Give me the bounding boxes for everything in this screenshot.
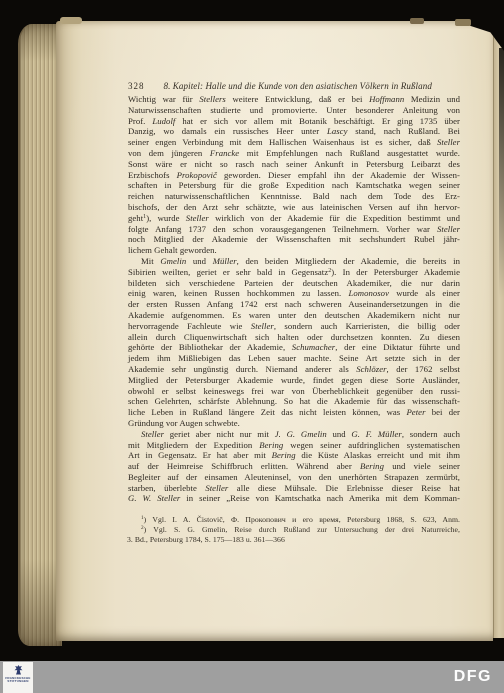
footnotes-block: 1) Vgl. I. A. Čistovič, Ф. Прокопович и … bbox=[127, 515, 460, 545]
running-head: 3288. Kapitel: Halle und die Kunde von d… bbox=[128, 81, 468, 91]
viewer-footer-bar: FRANCKESCHE STIFTUNGEN DFG bbox=[0, 661, 504, 693]
text-line: auf der Heimreise Schiffbruch erlitten. … bbox=[128, 461, 460, 472]
text-line: 3. Bd., Petersburg 1784, S. 175—183 u. 3… bbox=[127, 535, 460, 545]
dfg-logo: DFG bbox=[454, 661, 492, 693]
text-line: G. W. Steller in seiner „Reise von Kamts… bbox=[128, 493, 460, 504]
text-line: noch Mitglied der Akademie der Wissensch… bbox=[128, 234, 460, 245]
text-line: Prof. Ludolf hat er sich vor allem mit B… bbox=[128, 116, 460, 127]
paragraph: Mit Gmelin und Müller, den beiden Mitgli… bbox=[128, 256, 460, 429]
text-line: Mitglied der Petersburger Akademie wurde… bbox=[128, 375, 460, 386]
paragraph: Steller geriet aber nicht nur mit J. G. … bbox=[128, 429, 460, 505]
text-line: Akademie sehr ungünstig durch. Niemand a… bbox=[128, 364, 460, 375]
text-line: reichen naturwissenschaftlichen Kenntnis… bbox=[128, 191, 460, 202]
text-line: Begleiter auf der einsamen Aleuteninsel,… bbox=[128, 472, 460, 483]
text-line: der ersten Russen Anfang 1742 erst nach … bbox=[128, 299, 460, 310]
text-line: jedem ihm Mißliebigen das Leben sauer ma… bbox=[128, 353, 460, 364]
text-line: schen Gelehrten, schärfste Ablehnung. So… bbox=[128, 396, 460, 407]
text-line: mit Mitgliedern der Expedition Bering we… bbox=[128, 440, 460, 451]
francke-stiftungen-logo: FRANCKESCHE STIFTUNGEN bbox=[3, 662, 33, 693]
book-page: 3288. Kapitel: Halle und die Kunde von d… bbox=[56, 21, 493, 641]
text-line: 1) Vgl. I. A. Čistovič, Ф. Прокопович и … bbox=[127, 515, 460, 525]
text-line: geht1), wurde Steller wirklich von der A… bbox=[128, 213, 460, 224]
text-line: allein durch Cliquenwirtschaft sich halt… bbox=[128, 332, 460, 343]
scanned-book-page-viewer: 3288. Kapitel: Halle und die Kunde von d… bbox=[0, 0, 504, 693]
text-line: starben, überlebte Steller alle diese Mü… bbox=[128, 483, 460, 494]
binding-shadow bbox=[499, 48, 504, 298]
paragraph: Wichtig war für Stellers weitere Entwick… bbox=[128, 94, 460, 256]
text-line: Wichtig war für Stellers weitere Entwick… bbox=[128, 94, 460, 105]
text-line: schaften in Petersburg für die große Exp… bbox=[128, 180, 460, 191]
text-line: Danzig, wo damals ein russisches Heer un… bbox=[128, 126, 460, 137]
text-line: liche Leben in Rußland längere Zeit das … bbox=[128, 407, 460, 418]
eagle-icon bbox=[14, 665, 23, 675]
text-line: Erzbischofs Prokopovič geworden. Dieser … bbox=[128, 170, 460, 181]
chapter-title: 8. Kapitel: Halle und die Kunde von den … bbox=[164, 81, 432, 91]
francke-logo-text: FRANCKESCHE STIFTUNGEN bbox=[5, 677, 30, 684]
text-line: folgte Anfang 1737 den schon vorausgegan… bbox=[128, 224, 460, 235]
text-line: einig waren, keinen Russen hochkommen zu… bbox=[128, 288, 460, 299]
text-line: Naturwissenschaften studierte und promov… bbox=[128, 105, 460, 116]
text-line: gehörte der Bibliothekar der Akademie, S… bbox=[128, 342, 460, 353]
text-line: 2) Vgl. S. G. Gmelin, Reise durch Rußlan… bbox=[127, 525, 460, 535]
page-edge-wear bbox=[410, 18, 424, 24]
text-line: Art in Gegensatz. Er hat aber mit Bering… bbox=[128, 450, 460, 461]
text-line: Akademie aufgenommen. Es waren unter den… bbox=[128, 310, 460, 321]
text-line: Steller geriet aber nicht nur mit J. G. … bbox=[128, 429, 460, 440]
text-line: Mit Gmelin und Müller, den beiden Mitgli… bbox=[128, 256, 460, 267]
text-line: lichem Gehalt geworden. bbox=[128, 245, 460, 256]
text-line: von dem jüngeren Francke mit Empfehlunge… bbox=[128, 148, 460, 159]
page-edge-wear bbox=[455, 19, 471, 26]
text-line: Sonst wäre er nicht so rasch nach seiner… bbox=[128, 159, 460, 170]
text-line: bildeten sich verschiedene Parteien der … bbox=[128, 278, 460, 289]
text-line: bischofs, der den Arzt sehr schätzte, wi… bbox=[128, 202, 460, 213]
text-line: obwohl er selbst keineswegs frei war von… bbox=[128, 386, 460, 397]
page-body-text: Wichtig war für Stellers weitere Entwick… bbox=[128, 94, 460, 504]
text-line: Sibirien weilten, geriet er sehr bald in… bbox=[128, 267, 460, 278]
page-edge-wear bbox=[60, 17, 82, 24]
text-line: Gründung vor Augen schwebte. bbox=[128, 418, 460, 429]
text-line: seiner engen Verbindung mit dem Hallisch… bbox=[128, 137, 460, 148]
page-number: 328 bbox=[128, 81, 145, 91]
text-line: hervorragende Fachleute wie Steller, son… bbox=[128, 321, 460, 332]
